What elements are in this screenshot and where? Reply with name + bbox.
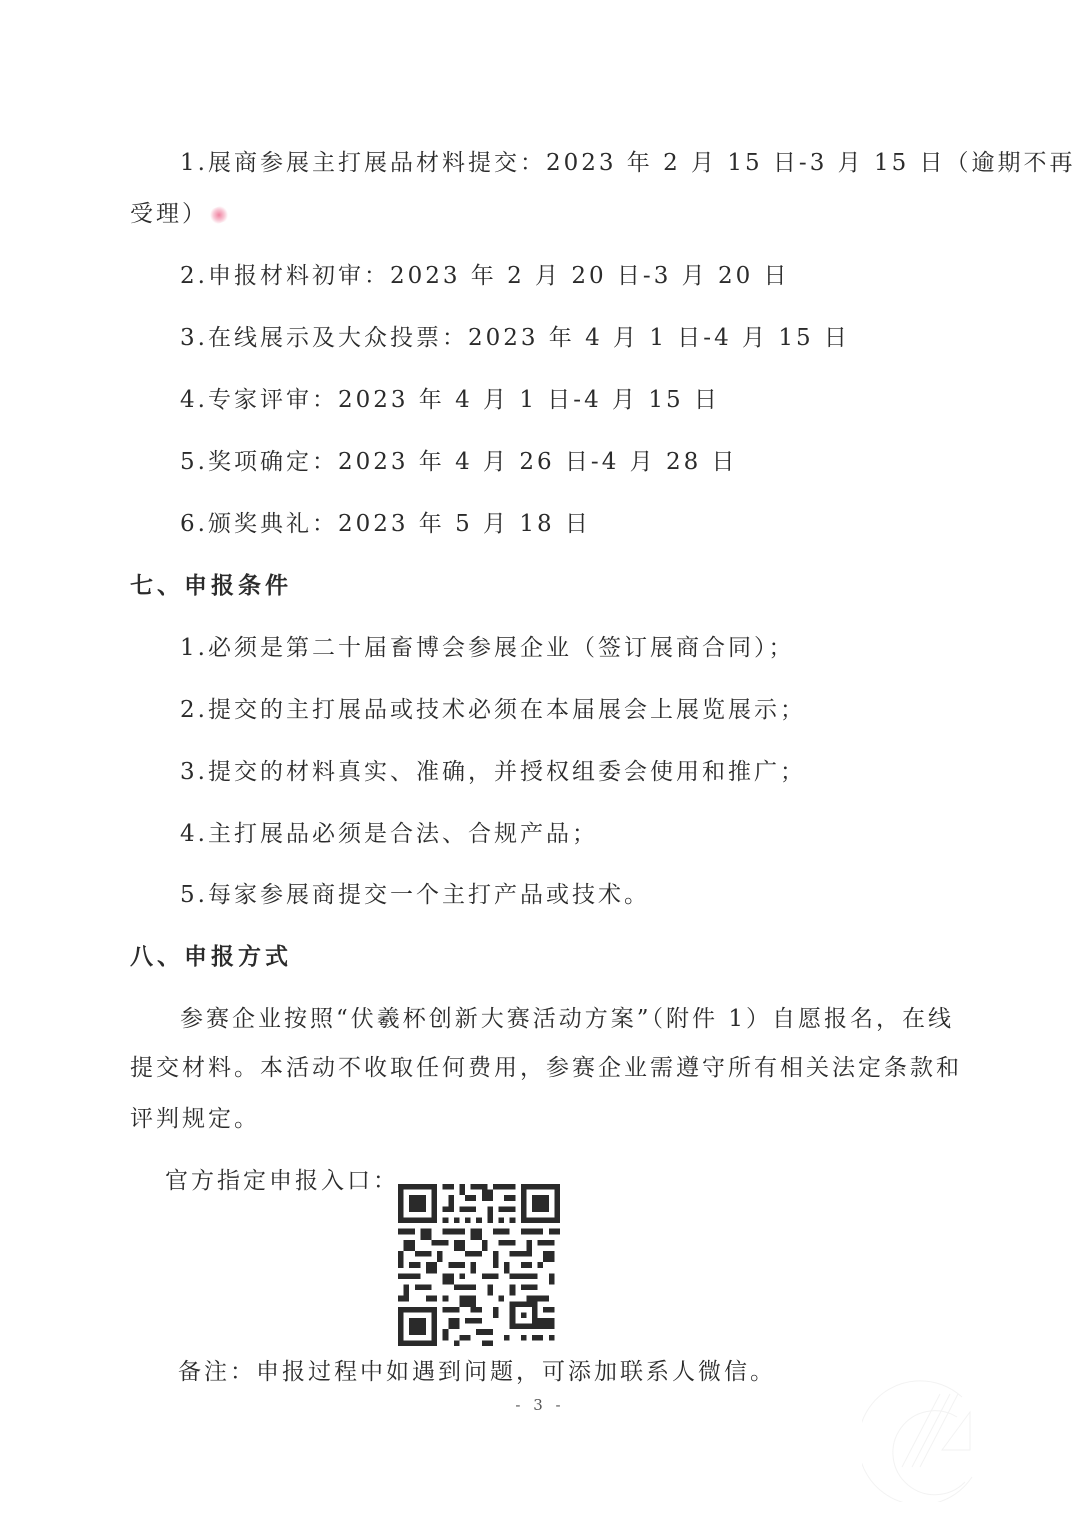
condition-item-1: 1.必须是第二十届畜博会参展企业（签订展商合同）；	[180, 633, 794, 663]
schedule-item-5: 5.奖项确定：2023 年 4 月 26 日-4 月 28 日	[180, 447, 738, 477]
qr-code-icon[interactable]	[398, 1184, 560, 1346]
red-stamp-mark	[208, 204, 230, 225]
schedule-item-2: 2.申报材料初审：2023 年 2 月 20 日-3 月 20 日	[180, 261, 790, 291]
logo-watermark-icon	[862, 1372, 992, 1502]
condition-item-2: 2.提交的主打展品或技术必须在本届展会上展览展示；	[180, 695, 806, 725]
schedule-item-6: 6.颁奖典礼：2023 年 5 月 18 日	[180, 509, 591, 539]
condition-item-5: 5.每家参展商提交一个主打产品或技术。	[180, 880, 650, 910]
section7-heading: 七、申报条件	[130, 571, 292, 601]
schedule-item-1-line2: 受理）	[130, 199, 228, 229]
entry-label: 官方指定申报入口：	[165, 1166, 399, 1196]
condition-item-4: 4.主打展品必须是合法、合规产品；	[180, 819, 598, 849]
note-text: 备注：申报过程中如遇到问题，可添加联系人微信。	[178, 1357, 776, 1387]
schedule-item-1-line2-text: 受理）	[130, 201, 208, 227]
section8-heading: 八、申报方式	[130, 942, 292, 972]
qr-code-graphic	[398, 1184, 560, 1346]
logo-watermark-graphic	[862, 1372, 992, 1502]
schedule-item-4: 4.专家评审：2023 年 4 月 1 日-4 月 15 日	[180, 385, 720, 415]
section8-paragraph-line3: 评判规定。	[130, 1104, 260, 1134]
schedule-item-3: 3.在线展示及大众投票：2023 年 4 月 1 日-4 月 15 日	[180, 323, 850, 353]
condition-item-3: 3.提交的材料真实、准确，并授权组委会使用和推广；	[180, 757, 806, 787]
section8-paragraph-line2: 提交材料。本活动不收取任何费用，参赛企业需遵守所有相关法定条款和	[130, 1053, 962, 1083]
schedule-item-1-line1: 1.展商参展主打展品材料提交：2023 年 2 月 15 日-3 月 15 日（…	[180, 148, 1076, 178]
section8-paragraph-line1: 参赛企业按照“伏羲杯创新大赛活动方案”（附件 1）自愿报名，在线	[180, 1004, 954, 1034]
